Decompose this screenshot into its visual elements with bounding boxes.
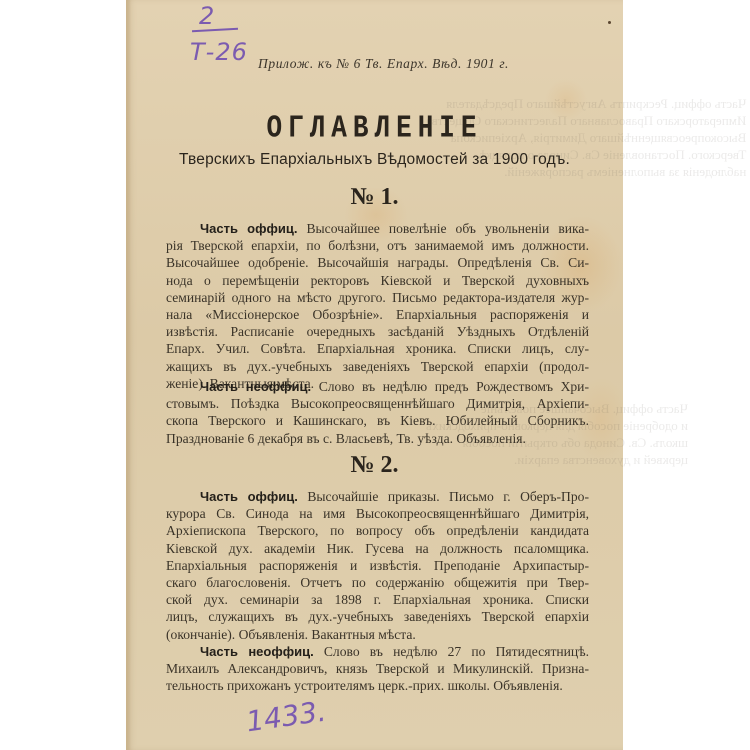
text-line: нода о перемѣщеніи ректоровъ Кіевской и …: [166, 272, 589, 289]
text-line: стовымъ. Поѣздка Высокопреосвященнѣйшаго…: [166, 395, 589, 412]
handwritten-shelf-mark-bottom: Т-26: [190, 38, 248, 66]
text-line: Кіевской дух. академіи Ник. Гусева на до…: [166, 540, 589, 557]
page-title: ОГЛАВЛЕНІЕ: [126, 110, 623, 146]
section-label: Часть неоффиц.: [200, 644, 314, 659]
section-first-line: Часть неоффиц. Слово въ недѣлю предъ Рож…: [166, 378, 589, 395]
handwritten-inventory-number: 1433.: [244, 695, 328, 739]
text-line: ской дух. семинаріи за 1898 г. Епархіаль…: [166, 591, 589, 608]
text-line: жащихъ въ дух.-учебныхъ заведеніяхъ Твер…: [166, 358, 589, 375]
page-subtitle: Тверскихъ Епархіальныхъ Вѣдомостей за 19…: [126, 151, 623, 169]
text-line: Празднованіе 6 декабря въ с. Власьевѣ, Т…: [166, 430, 589, 447]
document-page: Часть оффиц. Рескриптъ Августѣйшаго Пред…: [126, 0, 623, 750]
text-line: тельность прихожанъ устроителямъ церк.-п…: [166, 677, 589, 694]
supplement-header: Прилож. къ № 6 Тв. Епарх. Вѣд. 1901 г.: [258, 56, 509, 72]
text-line: скаго благословенія. Отчетъ по содержані…: [166, 574, 589, 591]
section-label: Часть оффиц.: [200, 221, 297, 236]
text-line: Высочайшее одобреніе. Высочайшія награды…: [166, 254, 589, 271]
issue-1-official-section: Часть оффиц. Высочайшее повелѣніе объ ув…: [166, 220, 589, 392]
section-first-line: Часть оффиц. Высочайшіе приказы. Письмо …: [166, 488, 589, 505]
issue-heading-1: № 1.: [126, 184, 623, 211]
section-first-line: Часть оффиц. Высочайшее повелѣніе объ ув…: [166, 220, 589, 237]
text-line: Михаилъ Александровичъ, князь Тверской и…: [166, 660, 589, 677]
section-label: Часть оффиц.: [200, 489, 298, 504]
text-line: рія Тверской епархіи, по болѣзни, отъ за…: [166, 237, 589, 254]
text-line: курора Св. Синода на имя Высокопреосвяще…: [166, 505, 589, 522]
issue-2-official-section: Часть оффиц. Высочайшіе приказы. Письмо …: [166, 488, 589, 643]
text-line: семинарій одного на мѣсто другого. Письм…: [166, 289, 589, 306]
text-line: (окончаніе). Объявленія. Вакантныя мѣста…: [166, 626, 589, 643]
text-line: извѣстія. Расписаніе очередныхъ засѣдані…: [166, 323, 589, 340]
section-label: Часть неоффиц.: [200, 379, 311, 394]
issue-2-unofficial-section: Часть неоффиц. Слово въ недѣлю 27 по Пят…: [166, 643, 589, 695]
section-first-line: Часть неоффиц. Слово въ недѣлю 27 по Пят…: [166, 643, 589, 660]
text-line: Епарх. Учил. Совѣта. Епархіальная хроник…: [166, 340, 589, 357]
text-line: лицъ, служащихъ въ дух.-учебныхъ заведен…: [166, 608, 589, 625]
issue-1-unofficial-section: Часть неоффиц. Слово въ недѣлю предъ Рож…: [166, 378, 589, 447]
ink-speck: [608, 21, 611, 24]
text-line: скопа Тверского и Кашинскаго, въ Кіевъ. …: [166, 412, 589, 429]
text-line: Епархіальныя распоряженія и извѣстія. Пр…: [166, 557, 589, 574]
text-line: нала «Миссіонерское Обозрѣніе». Епархіал…: [166, 306, 589, 323]
handwritten-shelf-mark-top: 2: [199, 2, 214, 30]
issue-heading-2: № 2.: [126, 452, 623, 479]
text-line: Архіепископа Тверского, по вопросу объ о…: [166, 522, 589, 539]
